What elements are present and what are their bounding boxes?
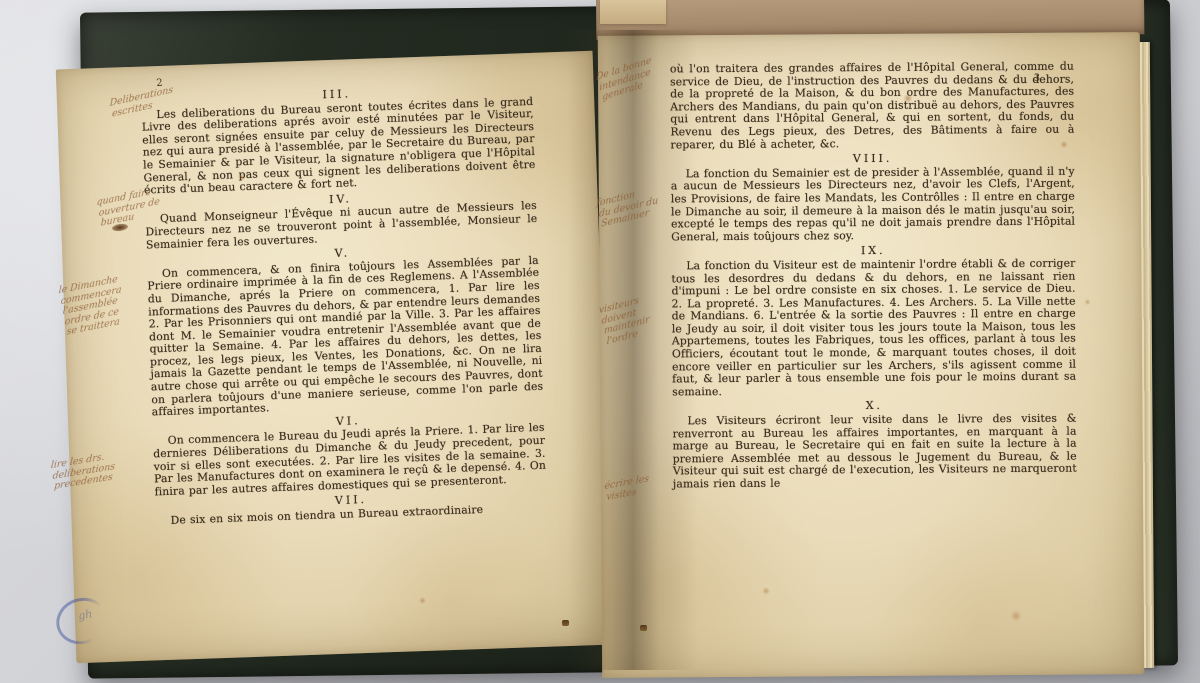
section-body-vi: On commencera le Bureau du Jeudi aprés l… xyxy=(153,422,547,499)
section-vii-continuation: où l'on traitera des grandes affaires de… xyxy=(670,61,1075,152)
binding-hole xyxy=(562,620,569,626)
right-page: 3 où l'on traitera des grandes affaires … xyxy=(598,32,1144,678)
section-body-iii: Les deliberations du Bureau seront toute… xyxy=(141,96,536,198)
binding-hole xyxy=(640,625,647,631)
right-page-text: où l'on traitera des grandes affaires de… xyxy=(670,61,1077,491)
left-page: 2 III. Les deliberations du Bureau seron… xyxy=(56,51,613,663)
book-photograph: 2 III. Les deliberations du Bureau seron… xyxy=(0,0,1200,683)
section-body-v: On commencera, & on finira toûjours les … xyxy=(147,255,544,420)
section-body-x: Les Visiteurs écriront leur visite dans … xyxy=(672,413,1077,491)
kraft-paper-tab xyxy=(600,0,666,24)
left-page-text: III. Les deliberations du Bureau seront … xyxy=(141,79,548,528)
section-body-viii: La fonction du Semainier est de presider… xyxy=(671,165,1076,243)
section-body-ix: La fonction du Visiteur est de maintenir… xyxy=(671,257,1076,398)
